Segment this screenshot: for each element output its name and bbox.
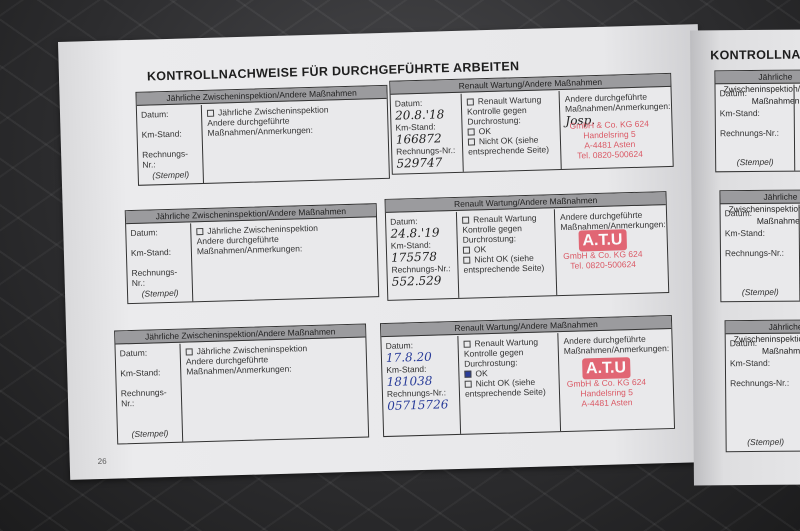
annual-inspection-box: Jährliche Zwischeninspektion/Andere Maßn…: [135, 85, 390, 186]
annual-inspection-box: Jährliche Zwischeninspektion/Andere Maßn…: [125, 203, 380, 304]
datum-label: Datum:: [141, 108, 197, 120]
km-label: Km-Stand:: [141, 128, 197, 140]
workshop-stamp: GmbH & Co. KG 624Handelsring 5 A-4481 As…: [569, 119, 649, 161]
annual-checkbox[interactable]: [207, 110, 214, 117]
ok-checkbox-checked[interactable]: [464, 371, 471, 378]
renault-service-box-3: Renault Wartung/Andere Maßnahmen Datum: …: [380, 315, 675, 437]
entry-km: 166872: [396, 131, 442, 146]
entry-date: 20.8.'18: [395, 107, 444, 122]
annual-inspection-box: Jährliche Zwischeninspektion/Andere Maßn…: [114, 324, 369, 445]
annual-checkbox[interactable]: [196, 228, 203, 235]
workshop-stamp: A.T.U GmbH & Co. KG 624Handelsring 5 A-4…: [566, 359, 647, 409]
stempel-label: (Stempel): [139, 169, 203, 181]
renault-service-box-2: Renault Wartung/Andere Maßnahmen Datum: …: [385, 191, 670, 301]
entry-invoice: 529747: [396, 155, 442, 170]
workshop-stamp: A.T.U GmbH & Co. KG 624Tel. 0820-500624: [563, 231, 643, 271]
rechnung-label: Rechnungs-Nr.:: [142, 148, 199, 170]
other-measures-label: Andere durchgeführte Maßnahmen/Anmerkung…: [207, 116, 313, 138]
booklet-right-page: KONTROLLNA Jährliche Zwischeninspektion/…: [690, 29, 800, 485]
booklet-left-page: KONTROLLNACHWEISE FÜR DURCHGEFÜHRTE ARBE…: [58, 24, 710, 480]
annual-checkbox[interactable]: [186, 349, 193, 356]
renault-service-box-1: Renault Wartung/Andere Maßnahmen Datum: …: [389, 73, 674, 175]
page-number: 26: [98, 457, 107, 466]
